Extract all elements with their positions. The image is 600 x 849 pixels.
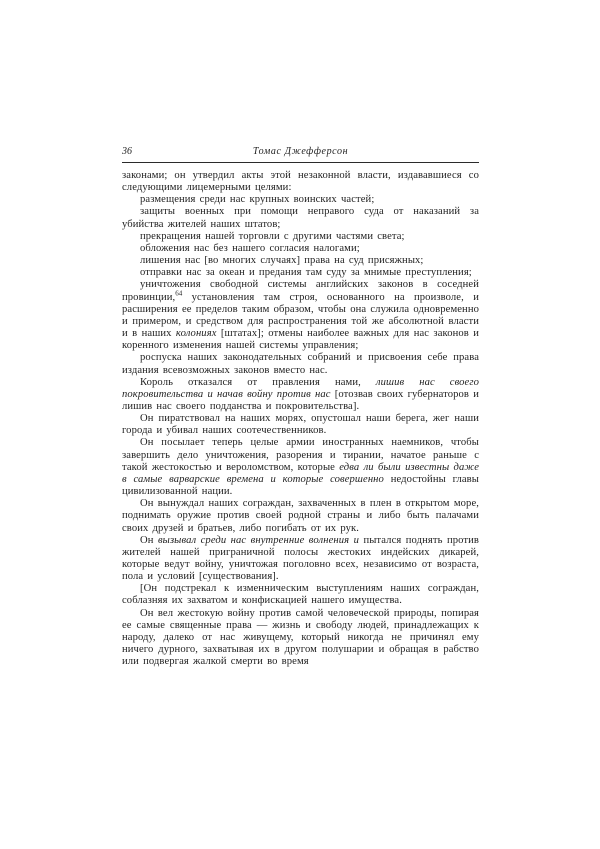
- paragraph: [Он подстрекал к изменническим выступлен…: [122, 583, 479, 607]
- body-text: [Он подстрекал к изменническим выступлен…: [122, 583, 479, 606]
- body-text: Он пиратствовал на наших морях, опустоша…: [122, 413, 479, 436]
- body-text: защиты военных при помощи неправого суда…: [122, 206, 479, 229]
- paragraph: Он вел жестокую войну против самой челов…: [122, 608, 479, 669]
- page-number: 36: [122, 146, 132, 158]
- paragraph: размещения среди нас крупных воинских ча…: [122, 194, 479, 206]
- body-text: отправки нас за океан и предания там суд…: [140, 267, 472, 278]
- paragraph: роспуска наших законодательных собраний …: [122, 352, 479, 376]
- paragraph: лишения нас [во многих случаях] права на…: [122, 255, 479, 267]
- paragraph: Он вызывал среди нас внутренние волнения…: [122, 535, 479, 584]
- paragraph: обложения нас без нашего согласия налога…: [122, 243, 479, 255]
- body-text: Он: [140, 535, 158, 546]
- body-text: Он вел жестокую войну против самой челов…: [122, 608, 479, 668]
- paragraph: Король отказался от правления нами, лиши…: [122, 377, 479, 413]
- body-text: законами; он утвердил акты этой незаконн…: [122, 170, 479, 193]
- body-text: лишения нас [во многих случаях] права на…: [140, 255, 423, 266]
- paragraph: Он вынуждал наших сограждан, захваченных…: [122, 498, 479, 534]
- body-text: Он вынуждал наших сограждан, захваченных…: [122, 498, 479, 533]
- running-title: Томас Джефферсон: [122, 146, 479, 158]
- body-text: Король отказался от правления нами,: [140, 377, 376, 388]
- page-content: 36 Томас Джефферсон законами; он утверди…: [122, 146, 479, 668]
- body-text: обложения нас без нашего согласия налога…: [140, 243, 360, 254]
- paragraph: отправки нас за океан и предания там суд…: [122, 267, 479, 279]
- book-page: 36 Томас Джефферсон законами; он утверди…: [0, 0, 600, 849]
- paragraph: прекращения нашей торговли с другими час…: [122, 231, 479, 243]
- paragraph: уничтожения свободной системы английских…: [122, 279, 479, 352]
- body-text: роспуска наших законодательных собраний …: [122, 352, 479, 375]
- running-header: 36 Томас Джефферсон: [122, 146, 479, 163]
- paragraph: законами; он утвердил акты этой незаконн…: [122, 170, 479, 194]
- paragraph: защиты военных при помощи неправого суда…: [122, 206, 479, 230]
- text-block: законами; он утвердил акты этой незаконн…: [122, 170, 479, 668]
- paragraph: Он пиратствовал на наших морях, опустоша…: [122, 413, 479, 437]
- body-text: прекращения нашей торговли с другими час…: [140, 231, 405, 242]
- emphasized-text: колониях: [176, 328, 217, 339]
- emphasized-text: вызывал среди нас внутренние волнения и: [158, 535, 359, 546]
- body-text: размещения среди нас крупных воинских ча…: [140, 194, 374, 205]
- paragraph: Он посылает теперь целые армии иностранн…: [122, 437, 479, 498]
